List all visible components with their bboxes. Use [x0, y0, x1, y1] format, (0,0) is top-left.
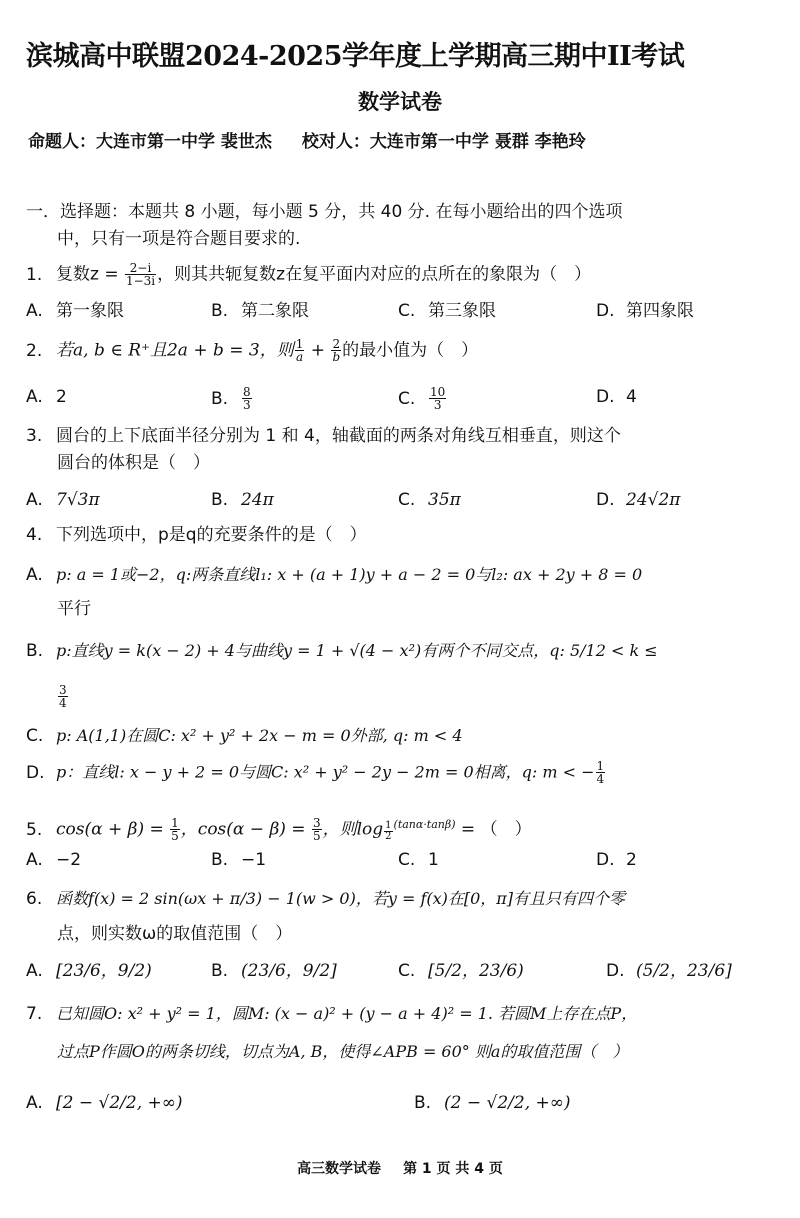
denominator: b: [331, 351, 341, 363]
option-label: B.: [211, 960, 241, 982]
question-text: ，则其共轭复数z在复平面内对应的点所在的象限为（ ）: [157, 265, 591, 285]
option-text: 第一象限: [56, 301, 124, 321]
option-b: B.83: [211, 386, 253, 411]
option-b: B.(2 − √2/2, +∞): [414, 1092, 571, 1114]
denominator: 4: [58, 697, 68, 709]
question-5: 5.cos(α + β) = 15，cos(α − β) = 35，则log12…: [26, 814, 532, 842]
fraction: 12: [384, 821, 392, 842]
question-6-cont: 点，则实数ω的取值范围（ ）: [57, 923, 292, 945]
option-text: p: A(1,1)在圆C: x² + y² + 2x − m = 0外部, q:…: [56, 726, 463, 745]
option-text: (23/6，9/2]: [241, 961, 337, 981]
exam-subtitle: 数学试卷: [0, 86, 800, 116]
option-label: B.: [211, 849, 241, 871]
option-label: C.: [398, 960, 428, 982]
question-7-cont: 过点P作圆O的两条切线，切点为A, B，使得∠APB = 60° 则a的取值范围…: [57, 1041, 628, 1063]
question-text: 若a, b ∈ R⁺且2a + b = 3，则: [56, 341, 294, 361]
option-text: −1: [241, 850, 266, 870]
page-footer: 高三数学试卷第 1 页 共 4 页: [0, 1158, 800, 1178]
option-4a: A.p: a = 1或−2，q:两条直线l₁: x + (a + 1)y + a…: [26, 564, 642, 586]
option-a: A.−2: [26, 849, 81, 871]
option-text: 2: [56, 387, 67, 407]
fraction: 34: [58, 684, 68, 709]
denominator: 5: [170, 830, 180, 842]
option-text: p：直线l: x − y + 2 = 0与圆C: x² + y² − 2y − …: [56, 763, 595, 782]
question-2: 2.若a, b ∈ R⁺且2a + b = 3，则1a + 2b的最小值为（ ）: [26, 338, 478, 363]
option-label: A.: [26, 849, 56, 871]
option-text: [2 − √2/2, +∞): [56, 1093, 183, 1113]
question-number: 1.: [26, 264, 56, 286]
option-text: p: a = 1或−2，q:两条直线l₁: x + (a + 1)y + a −…: [56, 565, 642, 584]
option-c: C.103: [398, 386, 447, 411]
option-text: 第二象限: [241, 301, 309, 321]
option-4d: D.p：直线l: x − y + 2 = 0与圆C: x² + y² − 2y …: [26, 760, 606, 785]
option-label: C.: [398, 489, 428, 511]
fraction: 15: [170, 817, 180, 842]
option-b: B.24π: [211, 489, 274, 511]
question-number: 4.: [26, 524, 56, 546]
option-text: p:直线y = k(x − 2) + 4与曲线y = 1 + √(4 − x²)…: [56, 641, 658, 660]
option-text: 第四象限: [626, 301, 694, 321]
option-label: C.: [398, 849, 428, 871]
option-label: D.: [596, 300, 626, 322]
option-label: C.: [398, 388, 428, 410]
question-text: cos(α + β) =: [56, 820, 169, 840]
option-label: B.: [414, 1092, 444, 1114]
exam-page: 滨城高中联盟2024-2025学年度上学期高三期中II考试 数学试卷 命题人：大…: [0, 0, 800, 1218]
option-label: B.: [211, 300, 241, 322]
fraction: 14: [596, 760, 606, 785]
footer-doc-name: 高三数学试卷: [297, 1161, 381, 1177]
option-label: C.: [26, 725, 56, 747]
option-label: A.: [26, 1092, 56, 1114]
authors-line: 命题人：大连市第一中学 裴世杰校对人：大连市第一中学 聂群 李艳玲: [28, 127, 592, 152]
question-6: 6.函数f(x) = 2 sin(ωx + π/3) − 1(w > 0)，若y…: [26, 888, 625, 910]
question-text: ，cos(α − β) =: [181, 820, 311, 840]
option-text: −2: [56, 850, 81, 870]
section-heading: 一．选择题：本题共 8 小题，每小题 5 分，共 40 分. 在每小题给出的四个…: [26, 201, 623, 223]
question-number: 3.: [26, 425, 56, 447]
option-text: 35π: [428, 490, 461, 510]
option-d: D.4: [596, 386, 637, 408]
option-4b-cont: 34: [57, 684, 69, 709]
option-text: 24√2π: [626, 490, 680, 510]
exam-title: 滨城高中联盟2024-2025学年度上学期高三期中II考试: [26, 34, 786, 73]
author-label: 命题人：大连市第一中学 裴世杰: [28, 132, 272, 152]
checker-label: 校对人：大连市第一中学 聂群 李艳玲: [302, 132, 586, 152]
option-text: [5/2，23/6): [428, 961, 524, 981]
option-label: D.: [596, 489, 626, 511]
denominator: 3: [242, 399, 252, 411]
question-text: ，则log: [323, 820, 384, 840]
question-3: 3.圆台的上下底面半径分别为 1 和 4，轴截面的两条对角线互相垂直，则这个: [26, 425, 621, 447]
option-label: B.: [211, 489, 241, 511]
option-4a-cont: 平行: [57, 598, 91, 620]
question-7: 7.已知圆O: x² + y² = 1，圆M: (x − a)² + (y − …: [26, 1003, 637, 1025]
exponent: (tanα·tanβ): [394, 818, 456, 831]
option-text: 第三象限: [428, 301, 496, 321]
fraction: 2b: [331, 338, 341, 363]
option-text: 7√3π: [56, 490, 100, 510]
denominator: 5: [312, 830, 322, 842]
fraction: 2−i1−3i: [125, 262, 156, 287]
question-text: 已知圆O: x² + y² = 1，圆M: (x − a)² + (y − a …: [56, 1004, 637, 1023]
option-a: A.2: [26, 386, 67, 408]
numerator: 1: [384, 821, 392, 832]
question-4: 4.下列选项中，p是q的充要条件的是（ ）: [26, 524, 367, 546]
option-text: 2: [626, 850, 637, 870]
question-text: = （ ）: [456, 820, 532, 840]
option-label: D.: [596, 849, 626, 871]
section-heading-cont: 中，只有一项是符合题目要求的.: [57, 228, 300, 250]
question-number: 7.: [26, 1003, 56, 1025]
question-number: 6.: [26, 888, 56, 910]
option-label: A.: [26, 489, 56, 511]
page-number: 第 1 页 共 4 页: [403, 1161, 503, 1177]
denominator: 2: [384, 832, 392, 842]
option-a: A.第一象限: [26, 300, 124, 322]
option-text: 4: [626, 387, 637, 407]
fraction: 83: [242, 386, 252, 411]
fraction: 35: [312, 817, 322, 842]
option-label: A.: [26, 960, 56, 982]
question-text: 的最小值为（ ）: [342, 341, 478, 361]
operator: +: [305, 341, 330, 361]
question-text: 函数f(x) = 2 sin(ωx + π/3) − 1(w > 0)，若y =…: [56, 889, 625, 908]
question-text: 复数z =: [56, 265, 124, 285]
question-3-cont: 圆台的体积是（ ）: [57, 452, 210, 474]
question-1: 1.复数z = 2−i1−3i，则其共轭复数z在复平面内对应的点所在的象限为（ …: [26, 262, 591, 287]
option-c: C.1: [398, 849, 439, 871]
option-a: A.[2 − √2/2, +∞): [26, 1092, 183, 1114]
fraction: 103: [429, 386, 446, 411]
option-label: C.: [398, 300, 428, 322]
option-text: [23/6，9/2): [56, 961, 152, 981]
question-number: 2.: [26, 340, 56, 362]
option-label: B.: [211, 388, 241, 410]
option-b: B.−1: [211, 849, 266, 871]
option-text: 1: [428, 850, 439, 870]
option-label: D.: [26, 762, 56, 784]
option-d: D.24√2π: [596, 489, 680, 511]
option-text: 24π: [241, 490, 274, 510]
denominator: 1−3i: [125, 275, 156, 287]
option-label: D.: [606, 960, 636, 982]
question-text: 圆台的上下底面半径分别为 1 和 4，轴截面的两条对角线互相垂直，则这个: [56, 426, 621, 446]
option-a: A.7√3π: [26, 489, 100, 511]
option-text: (2 − √2/2, +∞): [444, 1093, 571, 1113]
fraction: 1a: [295, 338, 305, 363]
option-label: A.: [26, 386, 56, 408]
option-b: B.(23/6，9/2]: [211, 960, 337, 982]
option-label: A.: [26, 564, 56, 586]
option-4c: C.p: A(1,1)在圆C: x² + y² + 2x − m = 0外部, …: [26, 725, 463, 747]
option-c: C.第三象限: [398, 300, 496, 322]
option-d: D.第四象限: [596, 300, 694, 322]
question-number: 5.: [26, 819, 56, 841]
option-label: B.: [26, 640, 56, 662]
denominator: a: [295, 351, 305, 363]
option-4b: B.p:直线y = k(x − 2) + 4与曲线y = 1 + √(4 − x…: [26, 640, 658, 662]
denominator: 3: [429, 399, 446, 411]
option-label: A.: [26, 300, 56, 322]
question-text: 下列选项中，p是q的充要条件的是（ ）: [56, 525, 367, 545]
denominator: 4: [596, 773, 606, 785]
question-text: 过点P作圆O的两条切线，切点为A, B，使得∠APB = 60° 则a的取值范围…: [57, 1042, 628, 1061]
option-c: C.[5/2，23/6): [398, 960, 524, 982]
option-text: (5/2，23/6]: [636, 961, 732, 981]
option-label: D.: [596, 386, 626, 408]
option-b: B.第二象限: [211, 300, 309, 322]
option-d: D.(5/2，23/6]: [606, 960, 732, 982]
option-d: D.2: [596, 849, 637, 871]
option-c: C.35π: [398, 489, 461, 511]
option-a: A.[23/6，9/2): [26, 960, 152, 982]
